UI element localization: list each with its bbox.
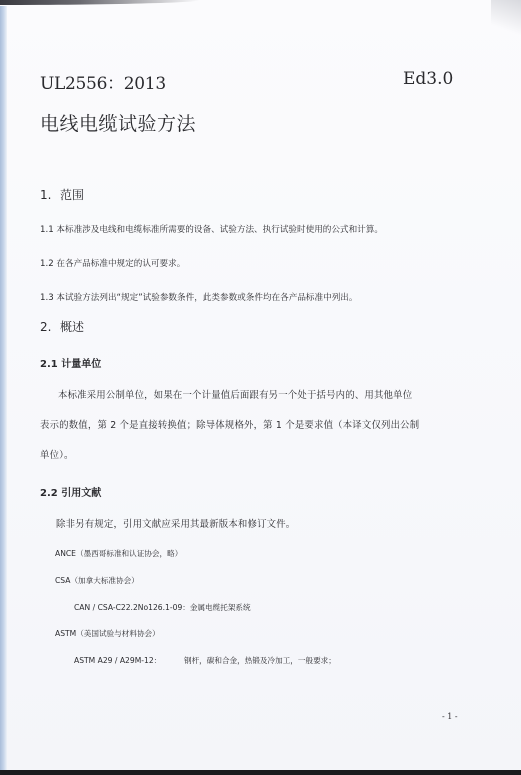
units-line-1: 本标准采用公制单位，如果在一个计量值后面跟有另一个处于括号内的、用其他单位 [58, 387, 412, 401]
subsection-heading-references: 2.2 引用文献 [40, 484, 101, 499]
reference-item-astm-code: ASTM A29 / A29M-12： [74, 655, 161, 666]
bottom-edge [0, 770, 521, 775]
reference-item-csa: CAN / CSA-C22.2No126.1-09：金属电缆托架系统 [74, 602, 251, 613]
paragraph-1-3: 1.3 本试验方法列出“规定”试验参数条件，此类参数或条件均在各产品标准中列出。 [40, 291, 358, 303]
edition-label: Ed3.0 [403, 69, 453, 89]
paragraph-1-2: 1.2 在各产品标准中规定的认可要求。 [40, 257, 185, 269]
section-heading-overview: 2.概述 [40, 318, 84, 335]
document-page: UL2556：2013 Ed3.0 电线电缆试验方法 1.范围 1.1 本标准涉… [0, 0, 521, 770]
page-top-shadow [0, 0, 200, 5]
document-title: 电线电缆试验方法 [40, 109, 196, 136]
section-heading-scope: 1.范围 [40, 186, 84, 203]
section-title: 范围 [60, 188, 84, 202]
paragraph-1-1: 1.1 本标准涉及电线和电缆标准所需要的设备、试验方法、执行试验时使用的公式和计… [40, 223, 383, 235]
section-title: 概述 [60, 320, 84, 334]
reference-org-astm: ASTM（美国试验与材料协会） [55, 628, 160, 639]
page-number: - 1 - [442, 712, 458, 721]
references-intro: 除非另有规定，引用文献应采用其最新版本和修订文件。 [56, 516, 295, 530]
page-corner-shade [491, 0, 521, 40]
subsection-heading-units: 2.1 计量单位 [40, 355, 101, 370]
section-number: 1. [40, 188, 60, 202]
standard-id: UL2556：2013 [40, 69, 166, 94]
units-line-3: 单位）。 [40, 447, 74, 461]
reference-org-ance: ANCE（墨西哥标准和认证协会，略） [55, 548, 182, 559]
section-number: 2. [40, 320, 60, 334]
page-left-edge [0, 6, 7, 770]
reference-item-astm-desc: 钢杆，碳和合金，热锻及冷加工，一般要求； [184, 655, 336, 666]
units-line-2: 表示的数值，第 2 个是直接转换值；除导体规格外，第 1 个是要求值（本译文仅列… [40, 417, 419, 431]
reference-org-csa: CSA（加拿大标准协会） [55, 575, 139, 586]
